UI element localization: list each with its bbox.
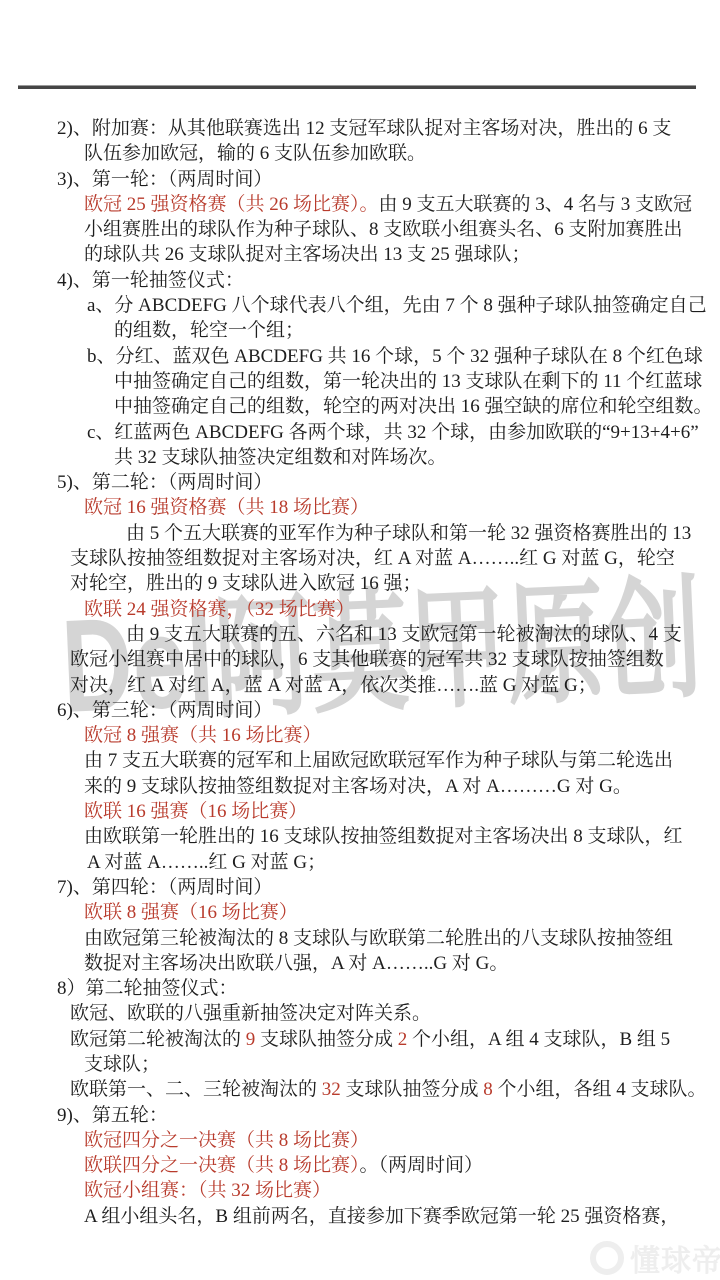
text-line: 欧冠小组赛中居中的球队，6 支其他联赛的冠军共 32 支球队按抽签组数 [0, 647, 720, 672]
text-segment: 欧冠、欧联的八强重新抽签决定对阵关系。 [70, 1003, 431, 1024]
text-line: a、分 ABCDEFG 八个球代表八个组，先由 7 个 8 强种子球队抽签确定自… [0, 293, 720, 318]
text-line: 由 9 支五大联赛的五、六名和 13 支欧冠第一轮被淘汰的球队、4 支 [0, 622, 720, 647]
highlighted-text-segment: 欧联四分之一决赛（共 8 场比赛） [84, 1155, 360, 1176]
text-line: 3)、第一轮：（两周时间） [0, 167, 720, 192]
text-segment: 由欧联第一轮胜出的 16 支球队按抽签组数捉对主客场决出 8 支球队，红 [84, 826, 683, 847]
text-segment: 中抽签确定自己的组数，第一轮决出的 13 支球队在剩下的 11 个红蓝球 [114, 371, 702, 392]
text-line: 由欧冠第三轮被淘汰的 8 支球队与欧联第二轮胜出的八支球队按抽签组 [0, 926, 720, 951]
text-line: 2)、附加赛：从其他联赛选出 12 支冠军球队捉对主客场对决，胜出的 6 支 [0, 116, 720, 141]
highlighted-text-segment: 欧联 16 强赛（16 场比赛） [84, 801, 307, 822]
text-line: 队伍参加欧冠，输的 6 支队伍参加欧联。 [0, 141, 720, 166]
highlighted-text-segment: 8 [483, 1079, 493, 1100]
text-line: 支球队； [0, 1052, 720, 1077]
text-line: 欧联 8 强赛（16 场比赛） [0, 900, 720, 925]
text-segment: 由 9 支五大联赛的五、六名和 13 支欧冠第一轮被淘汰的球队、4 支 [126, 624, 682, 645]
text-segment: 支球队抽签分成 [255, 1029, 398, 1050]
text-line: 支球队按抽签组数捉对主客场对决，红 A 对蓝 A……..红 G 对蓝 G，轮空 [0, 546, 720, 571]
highlighted-text-segment: 9 [246, 1029, 256, 1050]
text-line: 欧冠四分之一决赛（共 8 场比赛） [0, 1128, 720, 1153]
text-line: c、红蓝两色 ABCDEFG 各两个球，共 32 个球，由参加欧联的“9+13+… [0, 420, 720, 445]
text-segment: a、分 ABCDEFG 八个球代表八个组，先由 7 个 8 强种子球队抽签确定自… [87, 295, 707, 316]
text-line: 欧联 24 强资格赛，（32 场比赛） [0, 597, 720, 622]
text-line: 由 5 个五大联赛的亚军作为种子球队和第一轮 32 强资格赛胜出的 13 [0, 521, 720, 546]
text-line: 8）第二轮抽签仪式： [0, 976, 720, 1001]
text-segment: A 组小组头名，B 组前两名，直接参加下赛季欧冠第一轮 25 强资格赛， [84, 1206, 679, 1227]
text-line: 欧联第一、二、三轮被淘汰的 32 支球队抽签分成 8 个小组，各组 4 支球队。 [0, 1077, 720, 1102]
text-segment: c、红蓝两色 ABCDEFG 各两个球，共 32 个球，由参加欧联的“9+13+… [87, 422, 699, 443]
text-line: 由欧联第一轮胜出的 16 支球队按抽签组数捉对主客场决出 8 支球队，红 [0, 824, 720, 849]
text-line: 的组数，轮空一个组； [0, 318, 720, 343]
text-segment: 9)、第五轮： [57, 1105, 168, 1126]
text-line: 的球队共 26 支球队捉对主客场决出 13 支 25 强球队； [0, 242, 720, 267]
text-line: b、分红、蓝双色 ABCDEFG 共 16 个球，5 个 32 强种子球队在 8… [0, 344, 720, 369]
text-segment: 小组赛胜出的球队作为种子球队、8 支欧联小组赛头名、6 支附加赛胜出 [84, 219, 683, 240]
text-segment: 数捉对主客场决出欧联八强，A 对 A……..G 对 G。 [84, 953, 508, 974]
text-segment: 5)、第二轮：（两周时间） [57, 472, 272, 493]
highlighted-text-segment: 欧冠四分之一决赛（共 8 场比赛） [84, 1130, 369, 1151]
text-segment: 支球队按抽签组数捉对主客场对决，红 A 对蓝 A……..红 G 对蓝 G，轮空 [70, 548, 675, 569]
text-line: 来的 9 支球队按抽签组数捉对主客场对决，A 对 A………G 对 G。 [0, 774, 720, 799]
text-segment: 队伍参加欧冠，输的 6 支队伍参加欧联。 [84, 143, 426, 164]
text-segment: 的球队共 26 支球队捉对主客场决出 13 支 25 强球队； [84, 244, 531, 265]
text-line: 中抽签确定自己的组数，第一轮决出的 13 支球队在剩下的 11 个红蓝球 [0, 369, 720, 394]
highlighted-text-segment: 32 [322, 1079, 341, 1100]
text-segment: 由 9 支五大联赛的 3、4 名与 3 支欧冠 [379, 194, 693, 215]
highlighted-text-segment: 欧联 8 强赛（16 场比赛） [84, 902, 298, 923]
corner-watermark: 懂球帝 [590, 1236, 720, 1280]
text-line: 4)、第一轮抽签仪式： [0, 268, 720, 293]
highlighted-text-segment: 欧冠小组赛：（共 32 场比赛） [84, 1180, 331, 1201]
text-segment: 对轮空，胜出的 9 支球队进入欧冠 16 强； [70, 573, 422, 594]
text-segment: 个小组，A 组 4 支球队，B 组 5 [407, 1029, 670, 1050]
document-page: Del阿莫甲原创 2)、附加赛：从其他联赛选出 12 支冠军球队捉对主客场对决，… [0, 0, 720, 1280]
text-segment: 4)、第一轮抽签仪式： [57, 270, 244, 291]
highlighted-text-segment: 欧冠 25 强资格赛（共 26 场比赛）。 [84, 194, 379, 215]
text-line: 欧冠 8 强赛（共 16 场比赛） [0, 723, 720, 748]
text-segment: 来的 9 支球队按抽签组数捉对主客场对决，A 对 A………G 对 G。 [84, 776, 632, 797]
text-segment: 由 5 个五大联赛的亚军作为种子球队和第一轮 32 强资格赛胜出的 13 [126, 523, 691, 544]
text-segment: 支球队； [84, 1054, 160, 1075]
text-line: 9)、第五轮： [0, 1103, 720, 1128]
highlighted-text-segment: 欧冠 16 强资格赛（共 18 场比赛） [84, 497, 369, 518]
highlighted-text-segment: 欧冠 8 强赛（共 16 场比赛） [84, 725, 322, 746]
text-line: 对决，红 A 对红 A，蓝 A 对蓝 A，依次类推…….蓝 G 对蓝 G； [0, 673, 720, 698]
text-segment: 7)、第四轮：（两周时间） [57, 877, 272, 898]
text-line: 欧联四分之一决赛（共 8 场比赛）。（两周时间） [0, 1153, 720, 1178]
text-line: 欧冠 25 强资格赛（共 26 场比赛）。由 9 支五大联赛的 3、4 名与 3… [0, 192, 720, 217]
text-segment: A 对蓝 A……..红 G 对蓝 G； [87, 852, 326, 873]
text-line: 欧冠、欧联的八强重新抽签决定对阵关系。 [0, 1001, 720, 1026]
text-line: 小组赛胜出的球队作为种子球队、8 支欧联小组赛头名、6 支附加赛胜出 [0, 217, 720, 242]
text-segment: 6)、第三轮：（两周时间） [57, 700, 272, 721]
text-segment: 对决，红 A 对红 A，蓝 A 对蓝 A，依次类推…….蓝 G 对蓝 G； [70, 675, 597, 696]
text-segment: 中抽签确定自己的组数，轮空的两对决出 16 强空缺的席位和轮空组数。 [114, 396, 713, 417]
text-segment: 8）第二轮抽签仪式： [57, 978, 238, 999]
text-line: 对轮空，胜出的 9 支球队进入欧冠 16 强； [0, 571, 720, 596]
highlighted-text-segment: 欧联 24 强资格赛，（32 场比赛） [84, 599, 355, 620]
text-line: 共 32 支球队抽签决定组数和对阵场次。 [0, 445, 720, 470]
text-segment: 2)、附加赛：从其他联赛选出 12 支冠军球队捉对主客场对决，胜出的 6 支 [57, 118, 671, 139]
watermark-logo-text: 懂球帝 [630, 1236, 720, 1280]
text-line: 欧冠小组赛：（共 32 场比赛） [0, 1178, 720, 1203]
text-segment: 由欧冠第三轮被淘汰的 8 支球队与欧联第二轮胜出的八支球队按抽签组 [84, 928, 673, 949]
text-segment: 欧冠小组赛中居中的球队，6 支其他联赛的冠军共 32 支球队按抽签组数 [70, 649, 664, 670]
text-line: 欧冠第二轮被淘汰的 9 支球队抽签分成 2 个小组，A 组 4 支球队，B 组 … [0, 1027, 720, 1052]
text-segment: 欧冠第二轮被淘汰的 [70, 1029, 246, 1050]
text-segment: 共 32 支球队抽签决定组数和对阵场次。 [114, 447, 447, 468]
text-segment: 由 7 支五大联赛的冠军和上届欧冠欧联冠军作为种子球队与第二轮选出 [84, 750, 673, 771]
text-line: 6)、第三轮：（两周时间） [0, 698, 720, 723]
text-line: A 组小组头名，B 组前两名，直接参加下赛季欧冠第一轮 25 强资格赛， [0, 1204, 720, 1229]
text-line: 数捉对主客场决出欧联八强，A 对 A……..G 对 G。 [0, 951, 720, 976]
highlighted-text-segment: 2 [398, 1029, 408, 1050]
text-line: 中抽签确定自己的组数，轮空的两对决出 16 强空缺的席位和轮空组数。 [0, 394, 720, 419]
text-segment: 支球队抽签分成 [341, 1079, 484, 1100]
text-segment: 3)、第一轮：（两周时间） [57, 169, 272, 190]
text-segment: 个小组，各组 4 支球队。 [493, 1079, 707, 1100]
text-line: 欧冠 16 强资格赛（共 18 场比赛） [0, 495, 720, 520]
top-horizontal-rule [18, 85, 696, 89]
text-segment: b、分红、蓝双色 ABCDEFG 共 16 个球，5 个 32 强种子球队在 8… [87, 346, 703, 367]
text-line: 由 7 支五大联赛的冠军和上届欧冠欧联冠军作为种子球队与第二轮选出 [0, 748, 720, 773]
text-line: A 对蓝 A……..红 G 对蓝 G； [0, 850, 720, 875]
text-segment: 。（两周时间） [360, 1155, 484, 1176]
text-line: 5)、第二轮：（两周时间） [0, 470, 720, 495]
text-line: 7)、第四轮：（两周时间） [0, 875, 720, 900]
text-segment: 的组数，轮空一个组； [114, 320, 304, 341]
watermark-logo-icon [590, 1241, 624, 1275]
document-body: 2)、附加赛：从其他联赛选出 12 支冠军球队捉对主客场对决，胜出的 6 支队伍… [0, 116, 720, 1229]
text-line: 欧联 16 强赛（16 场比赛） [0, 799, 720, 824]
text-segment: 欧联第一、二、三轮被淘汰的 [70, 1079, 322, 1100]
